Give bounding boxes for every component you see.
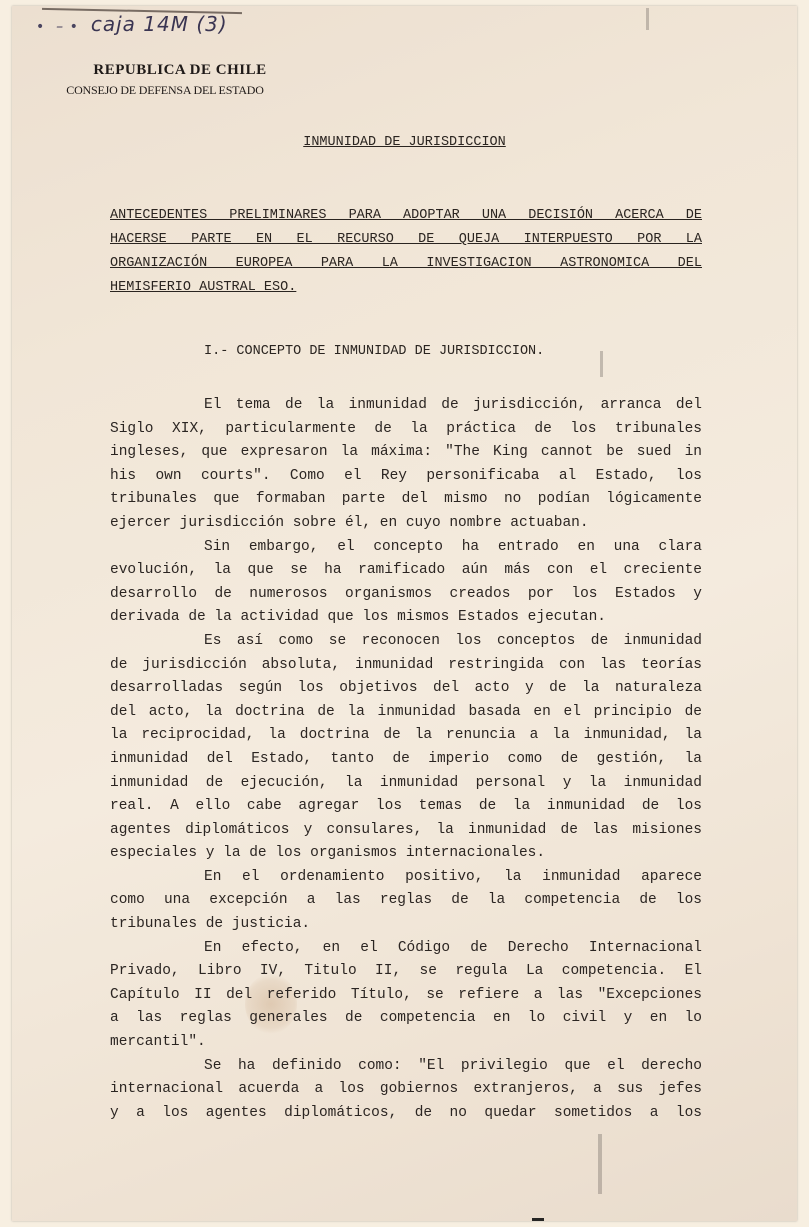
ink-smudge bbox=[598, 1134, 602, 1194]
subject-line: ORGANIZACIÓN EUROPEA PARA LA INVESTIGACI… bbox=[110, 252, 702, 276]
pen-marks: • – • bbox=[36, 19, 79, 35]
body-text: El tema de la inmunidad de jurisdicción,… bbox=[110, 394, 702, 1125]
paragraph-line: Siglo XIX, particularmente de la práctic… bbox=[110, 418, 702, 442]
paragraph-line: y a los agentes diplomáticos, de no qued… bbox=[110, 1102, 702, 1126]
paragraph-line: internacional acuerda a los gobiernos ex… bbox=[110, 1078, 702, 1102]
paragraph-line: ingleses, que expresaron la máxima: "The… bbox=[110, 441, 702, 465]
subject-line: HEMISFERIO AUSTRAL ESO. bbox=[110, 276, 702, 300]
paragraph-line: especiales y la de los organismos intern… bbox=[110, 842, 702, 866]
paragraph-line: desarrollo de numerosos organismos cread… bbox=[110, 583, 702, 607]
paragraph-line: Privado, Libro IV, Titulo II, se regula … bbox=[110, 960, 702, 984]
handwritten-note: • – •caja 14M (3) bbox=[36, 12, 228, 36]
subject-line: ANTECEDENTES PRELIMINARES PARA ADOPTAR U… bbox=[110, 204, 702, 228]
paragraph-line: como una excepción a las reglas de la co… bbox=[110, 889, 702, 913]
subject-line: HACERSE PARTE EN EL RECURSO DE QUEJA INT… bbox=[110, 228, 702, 252]
ink-smudge bbox=[600, 351, 603, 377]
paragraph-line: En el ordenamiento positivo, la inmunida… bbox=[110, 866, 702, 890]
paragraph-line: agentes diplomáticos y consulares, la in… bbox=[110, 819, 702, 843]
paragraph-line: his own courts". Como el Rey personifica… bbox=[110, 465, 702, 489]
ink-smudge bbox=[532, 1218, 544, 1221]
paragraph-line: derivada de la actividad que los mismos … bbox=[110, 606, 702, 630]
letterhead: REPUBLICA DE CHILE CONSEJO DE DEFENSA DE… bbox=[0, 62, 330, 98]
letterhead-council: CONSEJO DE DEFENSA DEL ESTADO bbox=[0, 83, 330, 98]
paragraph-line: la reciprocidad, la doctrina de la renun… bbox=[110, 724, 702, 748]
paragraph-line: inmunidad de ejecución, la inmunidad per… bbox=[110, 772, 702, 796]
paragraph-line: inmunidad del Estado, tanto de imperio c… bbox=[110, 748, 702, 772]
paragraph-line: a las reglas generales de competencia en… bbox=[110, 1007, 702, 1031]
paragraph-line: evolución, la que se ha ramificado aún m… bbox=[110, 559, 702, 583]
paragraph-line: de jurisdicción absoluta, inmunidad rest… bbox=[110, 654, 702, 678]
paragraph-line: Se ha definido como: "El privilegio que … bbox=[110, 1055, 702, 1079]
letterhead-country: REPUBLICA DE CHILE bbox=[30, 62, 330, 79]
paragraph-line: real. A ello cabe agregar los temas de l… bbox=[110, 795, 702, 819]
paragraph-line: El tema de la inmunidad de jurisdicción,… bbox=[110, 394, 702, 418]
paragraph-line: tribunales de justicia. bbox=[110, 913, 702, 937]
document-subject: ANTECEDENTES PRELIMINARES PARA ADOPTAR U… bbox=[110, 204, 702, 300]
paragraph-line: mercantil". bbox=[110, 1031, 702, 1055]
paragraph-line: tribunales que formaban parte del mismo … bbox=[110, 488, 702, 512]
paragraph-line: desarrolladas según los objetivos del ac… bbox=[110, 677, 702, 701]
handwritten-note-text: caja 14M (3) bbox=[91, 12, 228, 36]
paragraph-line: ejercer jurisdicción sobre él, en cuyo n… bbox=[110, 512, 702, 536]
paragraph-line: Capítulo II del referido Título, se refi… bbox=[110, 984, 702, 1008]
paragraph-line: Es así como se reconocen los conceptos d… bbox=[110, 630, 702, 654]
document-title: INMUNIDAD DE JURISDICCION bbox=[0, 135, 809, 150]
paragraph-line: Sin embargo, el concepto ha entrado en u… bbox=[110, 536, 702, 560]
paragraph-line: del acto, la doctrina de la inmunidad ba… bbox=[110, 701, 702, 725]
ink-smudge bbox=[646, 8, 649, 30]
paragraph-line: En efecto, en el Código de Derecho Inter… bbox=[110, 937, 702, 961]
section-heading: I.- CONCEPTO DE INMUNIDAD DE JURISDICCIO… bbox=[204, 344, 544, 359]
